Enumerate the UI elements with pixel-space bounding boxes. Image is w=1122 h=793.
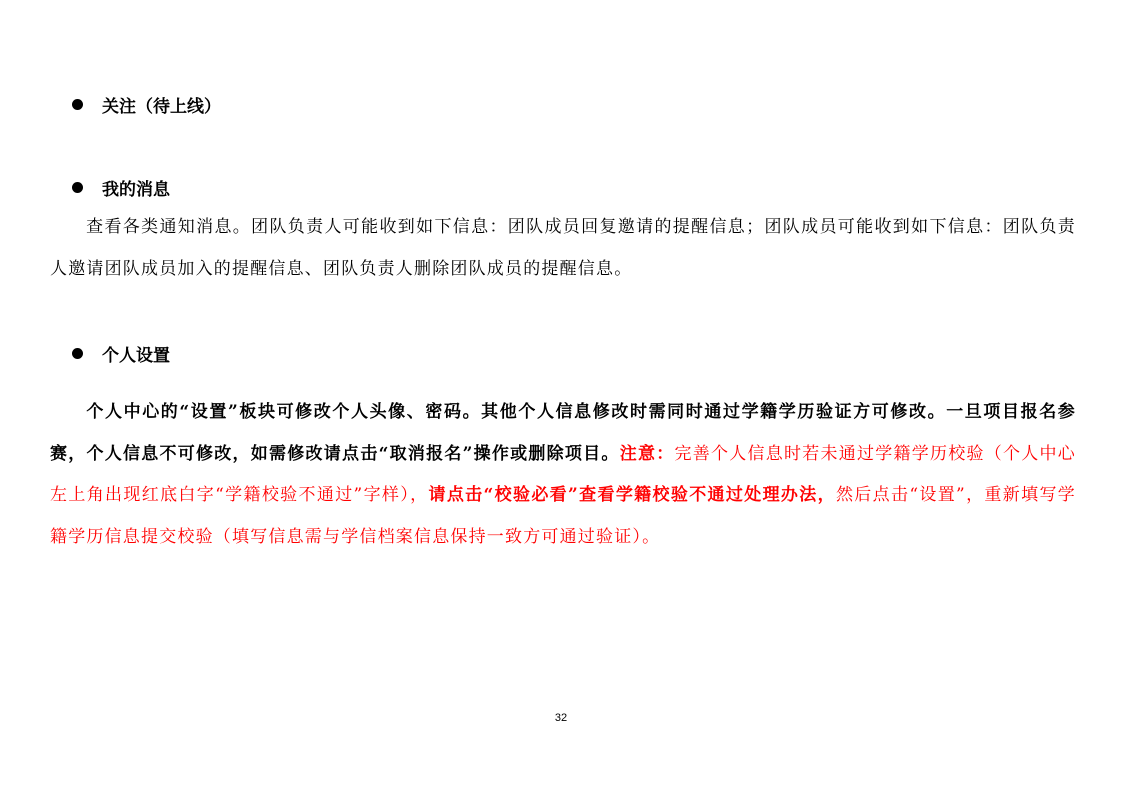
settings-paragraph: 个人中心的“设置”板块可修改个人头像、密码。其他个人信息修改时需同时通过学籍学历… bbox=[50, 392, 1076, 558]
bullet-dot-icon bbox=[72, 348, 83, 359]
document-page: 关注（待上线） 我的消息 查看各类通知消息。团队负责人可能收到如下信息：团队成员… bbox=[0, 0, 1122, 793]
bullet-label: 我的消息 bbox=[102, 175, 170, 200]
messages-paragraph: 查看各类通知消息。团队负责人可能收到如下信息：团队成员回复邀请的提醒信息；团队成… bbox=[50, 207, 1076, 290]
note-instruction: 请点击“校验必看”查看学籍校验不通过处理办法， bbox=[428, 485, 835, 505]
bullet-follow: 关注（待上线） bbox=[72, 92, 221, 117]
bullet-dot-icon bbox=[72, 182, 83, 193]
page-number: 32 bbox=[0, 712, 1122, 724]
bullet-label: 个人设置 bbox=[102, 341, 170, 366]
messages-text: 查看各类通知消息。团队负责人可能收到如下信息：团队成员回复邀请的提醒信息；团队成… bbox=[50, 217, 1076, 279]
bullet-personal-settings: 个人设置 bbox=[72, 341, 170, 366]
bullet-my-messages: 我的消息 bbox=[72, 175, 170, 200]
bullet-dot-icon bbox=[72, 99, 83, 110]
bullet-label: 关注（待上线） bbox=[102, 92, 221, 117]
note-label: 注意： bbox=[620, 444, 675, 464]
